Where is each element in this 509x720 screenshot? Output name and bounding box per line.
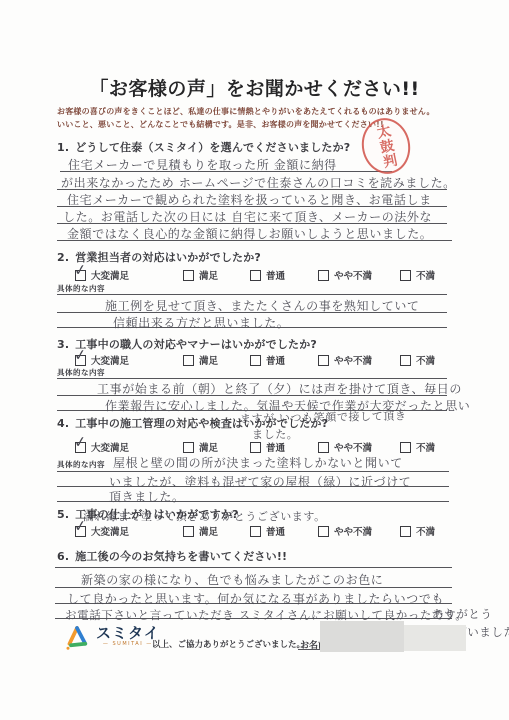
option-label: やや不満 [334,440,372,454]
option-dissatisfied: 不満 [400,268,435,282]
question-5-text: 工事の仕上がりはいかがですか? [75,508,238,521]
handwritten-answer: 頂きました。 [109,490,185,504]
option-label: 大変満足 [91,440,129,454]
q4-answer-line-2: いましたが、塗料も混ぜて家の屋根（緑）に近づけて [57,471,449,487]
option-label: 大変満足 [91,524,129,538]
option-dissatisfied: 不満 [400,440,435,454]
checkbox-very-satisfied: ✓ [75,270,86,281]
option-label: 不満 [416,353,435,367]
q2-detail-row: 具体的な内容 [57,282,447,295]
checkbox-very-satisfied: ✓ [75,526,86,537]
option-label: 不満 [416,268,435,282]
option-label: やや不満 [334,353,372,367]
checkbox-dissatisfied [400,355,411,366]
handwritten-answer: 住宅メーカーで見積もりを取った所 金額に納得 [68,158,337,172]
option-label: 普通 [266,524,285,538]
q6-answer-top-rule [55,567,452,568]
q1-answer-line-5: 金額ではなく良心的な金額に納得しお願いしようと思いました。 [57,223,452,241]
option-label: 不満 [416,524,435,538]
handwritten-answer: 施工例を見せて頂き、またたくさんの事を熟知していて [105,299,420,313]
option-satisfied: 満足 [183,353,250,367]
handwritten-answer: 工事が始まる前（朝）と終了（夕）には声を掛けて頂き、毎日の [97,382,462,396]
option-very-satisfied: ✓ 大変満足 [75,440,183,454]
option-label: 満足 [199,268,218,282]
handwritten-answer: 金額ではなく良心的な金額に納得しお願いしようと思いました。 [67,227,432,241]
checkbox-slightly-dissatisfied [318,270,329,281]
option-satisfied: 満足 [183,268,250,282]
option-satisfied: 満足 [183,524,250,538]
option-neutral: 普通 [250,268,318,282]
option-slightly-dissatisfied: やや不満 [318,353,400,367]
option-label: 大変満足 [91,353,129,367]
option-label: 満足 [199,440,218,454]
q6-answer-line-2: して良かったと思います。何か気になる事がありましたらいつでも [55,588,452,604]
logo-name: スミタイ [96,626,160,641]
detail-label: 具体的な内容 [57,459,105,470]
checkbox-satisfied [183,526,194,537]
checkbox-slightly-dissatisfied [318,526,329,537]
question-6-number: 6. [57,550,69,563]
question-4-title: 4.工事中の施工管理の対応や検査はいかがでしたか? [57,415,328,431]
check-mark-icon: ✓ [73,260,88,280]
question-2-number: 2. [57,251,69,264]
question-4-text: 工事中の施工管理の対応や検査はいかがでしたか? [75,417,328,430]
option-label: 大変満足 [91,268,129,282]
option-label: 普通 [266,268,285,282]
check-mark-icon: ✓ [73,516,88,536]
handwritten-answer: が出来なかったため ホームページで住泰さんの口コミを読みました。 [61,176,456,190]
question-2-text: 営業担当者の対応はいかがでしたか? [75,251,261,264]
handwritten-answer: 屋根と壁の間の所が決まった塗料しかないと聞いて [113,454,403,471]
q1-answer-line-3: 住宅メーカーで観められた塗料を扱っていると聞き、お電話しま [57,189,447,207]
intro-line-1: お客様の喜びの声をきくことほど、私達の仕事に情熱とやりがいをあたえてくれるものは… [57,106,435,119]
checkbox-neutral [250,270,261,281]
option-slightly-dissatisfied: やや不満 [318,440,400,454]
q1-answer-line-1: 住宅メーカーで見積もりを取った所 金額に納得 [60,154,392,172]
option-label: やや不満 [334,268,372,282]
q2-answer-line-2: 信頼出来る方だと思いました。 [57,312,447,328]
q4-options-row: ✓ 大変満足 満足 普通 やや不満 不満 [75,440,435,454]
option-slightly-dissatisfied: やや不満 [318,268,400,282]
option-very-satisfied: ✓ 大変満足 [75,353,183,367]
question-6-text: 施工後の今のお気持ちを書いてください!! [75,550,287,563]
handwritten-answer: 信頼出来る方だと思いました。 [113,316,289,330]
checkbox-neutral [250,355,261,366]
question-5-number: 5. [57,508,69,521]
q3-options-row: ✓ 大変満足 満足 普通 やや不満 不満 [75,353,435,367]
check-mark-icon: ✓ [73,432,88,452]
q1-answer-line-4: した。お電話した次の日には 自宅に来て頂き、メーカーの法外な [57,206,447,224]
checkbox-dissatisfied [400,270,411,281]
logo-triangle-icon [62,622,92,652]
checkbox-very-satisfied: ✓ [75,355,86,366]
option-label: やや不満 [334,524,372,538]
question-6-title: 6.施工後の今のお気持ちを書いてください!! [57,548,287,564]
option-label: 満足 [199,524,218,538]
checkbox-dissatisfied [400,442,411,453]
question-1-title: 1.どうして住泰（スミタイ）を選んでくださいましたか? [57,139,350,155]
option-dissatisfied: 不満 [400,353,435,367]
option-neutral: 普通 [250,440,318,454]
detail-label: 具体的な内容 [57,367,105,378]
question-3-title: 3.工事中の職人の対応やマナーはいかがでしたか? [57,336,317,352]
checkbox-slightly-dissatisfied [318,442,329,453]
q4-answer-line-1: 具体的な内容 屋根と壁の間の所が決まった塗料しかないと聞いて [57,454,449,472]
q6-answer-line-1: 新築の家の様になり、色でも悩みましたがこのお色に [55,569,452,588]
company-logo: スミタイ — SUMITAI — [62,622,160,652]
option-satisfied: 満足 [183,440,250,454]
checkbox-satisfied [183,270,194,281]
name-redaction-box-light [404,625,466,651]
option-very-satisfied: ✓ 大変満足 [75,524,183,538]
q3-answer-line-1: 工事が始まる前（朝）と終了（夕）には声を掛けて頂き、毎日の [57,378,447,396]
question-1-text: どうして住泰（スミタイ）を選んでくださいましたか? [75,141,350,154]
checkbox-satisfied [183,355,194,366]
q2-answer-line-1: 施工例を見せて頂き、またたくさんの事を熟知していて [57,295,447,313]
checkbox-neutral [250,526,261,537]
handwritten-answer: 住宅メーカーで観められた塗料を扱っていると聞き、お電話しま [67,193,432,207]
name-redaction-box [320,621,404,652]
option-neutral: 普通 [250,524,318,538]
q1-answer-line-2: が出来なかったため ホームページで住泰さんの口コミを読みました。 [57,172,447,190]
option-dissatisfied: 不満 [400,524,435,538]
customer-voice-form: 「お客様の声」をお聞かせください!! お客様の喜びの声をきくことほど、私達の仕事… [0,0,509,720]
option-neutral: 普通 [250,353,318,367]
checkbox-satisfied [183,442,194,453]
detail-label: 具体的な内容 [57,283,105,294]
q6-answer-line-3: お電話下さいと言っていただき スミタイさんにお願いして良かったです。 [55,604,452,619]
handwritten-answer: 新築の家の様になり、色でも悩みましたがこのお色に [81,573,383,587]
page-title: 「お客様の声」をお聞かせください!! [0,74,509,101]
question-3-number: 3. [57,338,69,351]
handwritten-answer: した。お電話した次の日には 自宅に来て頂き、メーカーの法外な [63,210,432,224]
q2-options-row: ✓ 大変満足 満足 普通 やや不満 不満 [75,268,435,282]
question-2-title: 2.営業担当者の対応はいかがでしたか? [57,249,261,265]
question-4-number: 4. [57,417,69,430]
q6-answer-overflow: ありがとう [432,606,493,622]
stamp-text: 太鼓判 [374,123,397,170]
checkbox-dissatisfied [400,526,411,537]
checkbox-slightly-dissatisfied [318,355,329,366]
checkbox-very-satisfied: ✓ [75,442,86,453]
option-slightly-dissatisfied: やや不満 [318,524,400,538]
question-3-text: 工事中の職人の対応やマナーはいかがでしたか? [75,338,317,351]
thanks-text: 以上、ご協力ありがとうございました。 [152,638,305,650]
handwritten-answer: お電話下さいと言っていただき スミタイさんにお願いして良かったです。 [65,608,467,622]
option-label: 普通 [266,440,285,454]
option-label: 満足 [199,353,218,367]
logo-subname: — SUMITAI — [96,641,160,648]
check-mark-icon: ✓ [73,345,88,365]
option-label: 不満 [416,440,435,454]
question-1-number: 1. [57,141,69,154]
q5-options-row: ✓ 大変満足 満足 普通 やや不満 不満 [75,524,435,538]
option-label: 普通 [266,353,285,367]
checkbox-neutral [250,442,261,453]
q4-answer-line-3: 頂きました。 濡れ縁まで塗って頂きありがとうございます。 [57,486,449,502]
option-very-satisfied: ✓ 大変満足 [75,268,183,282]
